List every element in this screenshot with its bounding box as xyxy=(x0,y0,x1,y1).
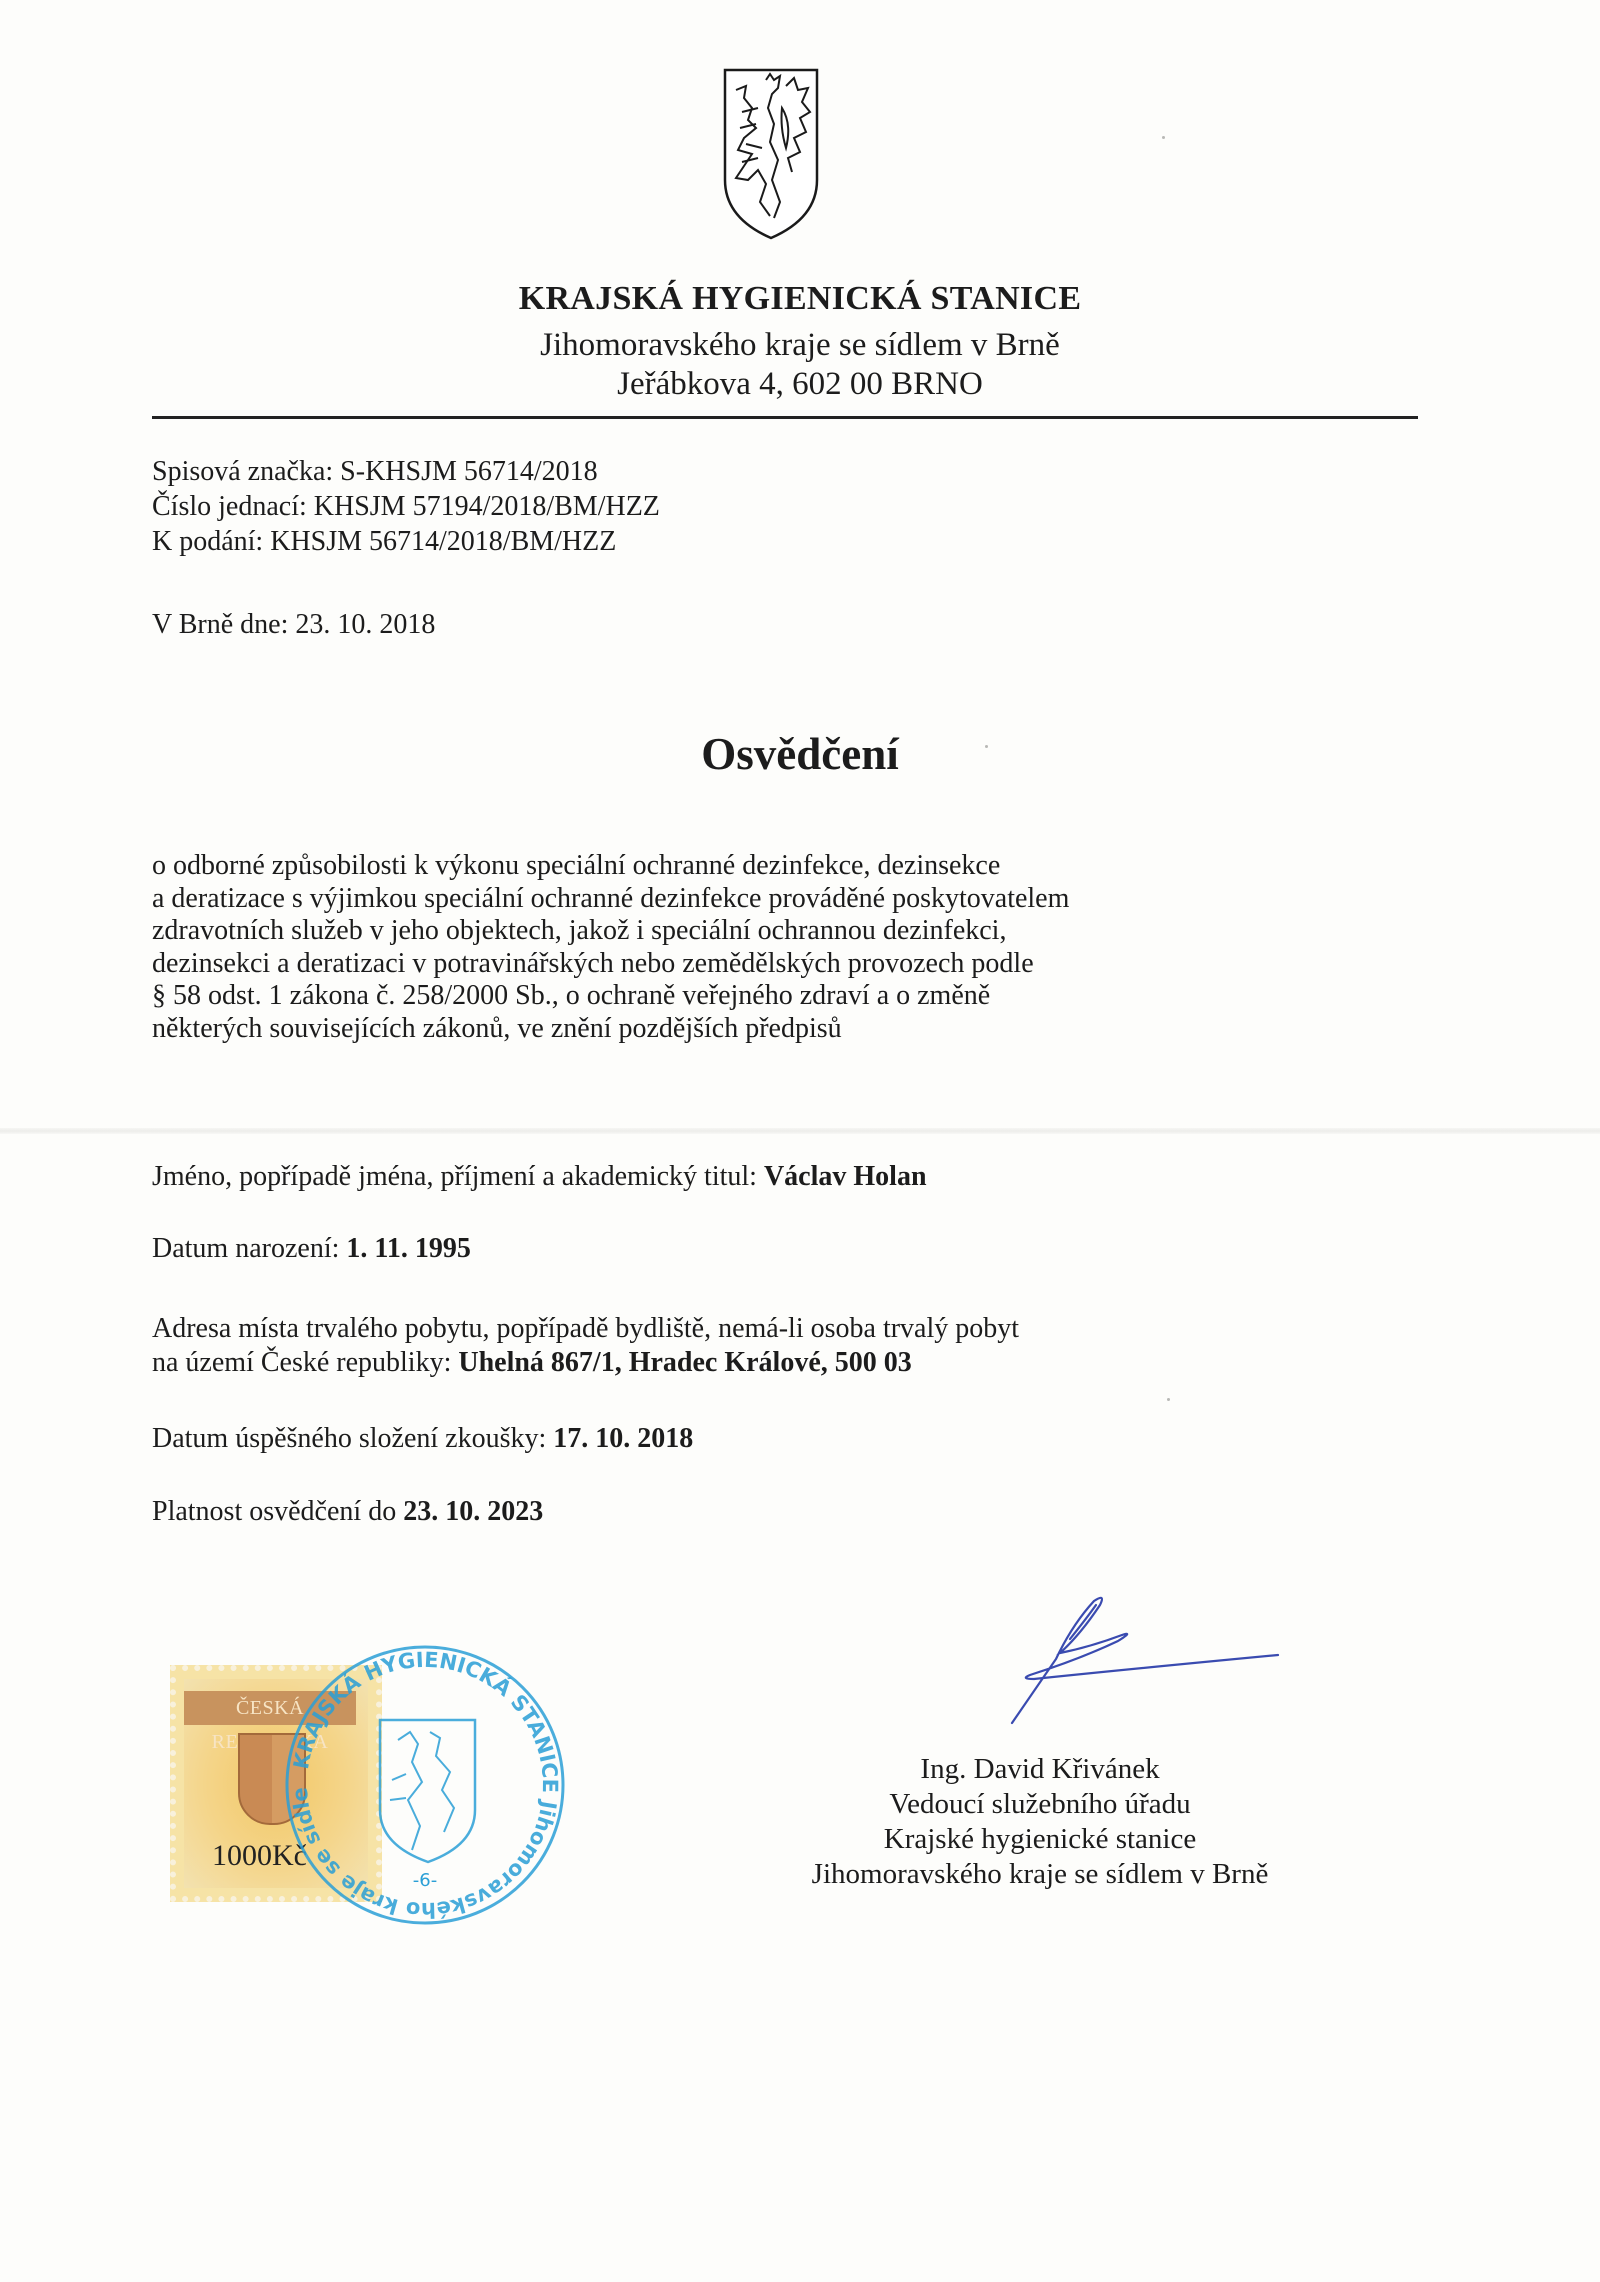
reference-number-label: Číslo jednací: xyxy=(152,491,307,522)
reference-number-value: KHSJM 57194/2018/BM/HZZ xyxy=(314,491,660,522)
certificate-purpose: o odborné způsobilosti k výkonu speciáln… xyxy=(152,850,1302,1045)
purpose-line: a deratizace s výjimkou speciální ochran… xyxy=(152,883,1302,916)
purpose-line: § 58 odst. 1 zákona č. 258/2000 Sb., o o… xyxy=(152,980,1302,1013)
validity-date: Platnost osvědčení do 23. 10. 2023 xyxy=(152,1495,543,1529)
submission-value: KHSJM 56714/2018/BM/HZZ xyxy=(270,526,616,557)
signatory-role: Vedoucí služebního úřadu xyxy=(760,1787,1320,1822)
scan-speck xyxy=(1167,1398,1170,1401)
stamp-area: ČESKÁ REPUBLIKA 1000Kč KRAJSKÁ HYGIENICK… xyxy=(160,1640,580,1970)
holder-name: Jméno, popřípadě jména, příjmení a akade… xyxy=(152,1160,927,1194)
place-date-value: 23. 10. 2018 xyxy=(295,609,435,640)
header-divider xyxy=(152,416,1418,419)
coat-of-arms-icon xyxy=(722,68,820,240)
submission-reference: K podání: KHSJM 56714/2018/BM/HZZ xyxy=(152,525,616,559)
file-reference-label: Spisová značka: xyxy=(152,456,333,487)
exam-date-value: 17. 10. 2018 xyxy=(553,1423,693,1454)
organization-name: KRAJSKÁ HYGIENICKÁ STANICE xyxy=(0,280,1600,318)
signatory-region: Jihomoravského kraje se sídlem v Brně xyxy=(760,1857,1320,1892)
file-reference-value: S-KHSJM 56714/2018 xyxy=(340,456,597,487)
place-and-date: V Brně dne: 23. 10. 2018 xyxy=(152,608,435,642)
purpose-line: o odborné způsobilosti k výkonu speciáln… xyxy=(152,850,1302,883)
place-date-label: V Brně dne: xyxy=(152,609,288,640)
date-of-birth-value: 1. 11. 1995 xyxy=(346,1233,470,1264)
validity-label: Platnost osvědčení do xyxy=(152,1496,396,1527)
organization-address: Jeřábkova 4, 602 00 BRNO xyxy=(0,366,1600,403)
paper-fold xyxy=(0,1128,1600,1134)
file-reference: Spisová značka: S-KHSJM 56714/2018 xyxy=(152,455,598,489)
official-round-stamp-icon: KRAJSKÁ HYGIENICKÁ STANICE Jihomoravskéh… xyxy=(280,1640,570,1930)
submission-label: K podání: xyxy=(152,526,263,557)
address-label-line1: Adresa místa trvalého pobytu, popřípadě … xyxy=(152,1312,1019,1346)
permanent-address: Adresa místa trvalého pobytu, popřípadě … xyxy=(152,1312,1019,1380)
purpose-line: některých souvisejících zákonů, ve znění… xyxy=(152,1013,1302,1046)
holder-name-label: Jméno, popřípadě jména, příjmení a akade… xyxy=(152,1161,757,1192)
holder-name-value: Václav Holan xyxy=(764,1161,927,1192)
date-of-birth-label: Datum narození: xyxy=(152,1233,339,1264)
signature-icon xyxy=(1010,1595,1280,1725)
signatory-organization: Krajské hygienické stanice xyxy=(760,1822,1320,1857)
address-label-line2: na území České republiky: xyxy=(152,1347,451,1378)
organization-region: Jihomoravského kraje se sídlem v Brně xyxy=(0,327,1600,364)
validity-value: 23. 10. 2023 xyxy=(403,1496,543,1527)
purpose-line: dezinsekci a deratizaci v potravinářskýc… xyxy=(152,948,1302,981)
official-stamp-number: -6- xyxy=(413,1870,437,1891)
purpose-line: zdravotních služeb v jeho objektech, jak… xyxy=(152,915,1302,948)
exam-date-label: Datum úspěšného složení zkoušky: xyxy=(152,1423,546,1454)
signatory-name: Ing. David Křivánek xyxy=(760,1752,1320,1787)
scan-speck xyxy=(1162,136,1165,139)
document-title: Osvědčení xyxy=(0,728,1600,780)
reference-number: Číslo jednací: KHSJM 57194/2018/BM/HZZ xyxy=(152,490,660,524)
address-value: Uhelná 867/1, Hradec Králové, 500 03 xyxy=(458,1347,911,1378)
exam-date: Datum úspěšného složení zkoušky: 17. 10.… xyxy=(152,1422,693,1456)
date-of-birth: Datum narození: 1. 11. 1995 xyxy=(152,1232,471,1266)
